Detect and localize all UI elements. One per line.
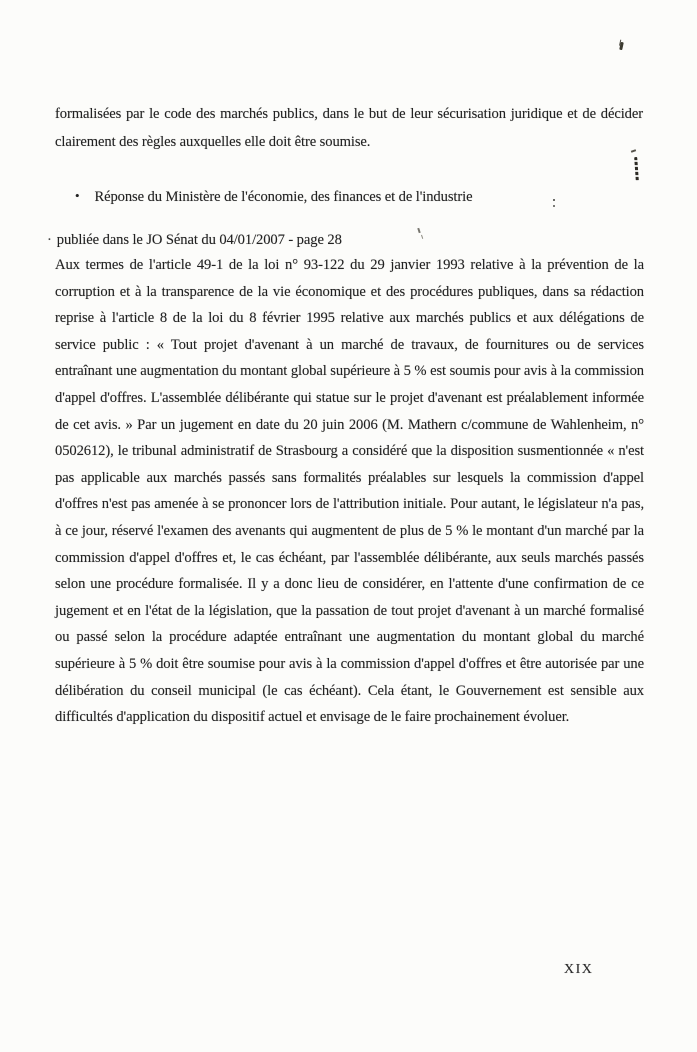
document-page: formalisées par le code des marchés publ… xyxy=(0,0,697,1052)
bullet-icon: • xyxy=(75,185,79,207)
body-paragraph: Aux termes de l'article 49-1 de la loi n… xyxy=(55,252,644,731)
scan-artifact-smudge xyxy=(634,157,639,181)
stray-dot-mark: · xyxy=(47,232,52,248)
publication-line-text: publiée dans le JO Sénat du 04/01/2007 -… xyxy=(57,232,342,248)
bullet-item-title: Réponse du Ministère de l'économie, des … xyxy=(94,186,472,208)
scan-artifact-speck xyxy=(619,42,624,50)
publication-line: ·publiée dans le JO Sénat du 04/01/2007 … xyxy=(47,229,607,251)
bullet-item: • Réponse du Ministère de l'économie, de… xyxy=(75,186,635,208)
page-number: XIX xyxy=(564,962,593,978)
intro-paragraph: formalisées par le code des marchés publ… xyxy=(55,100,643,156)
